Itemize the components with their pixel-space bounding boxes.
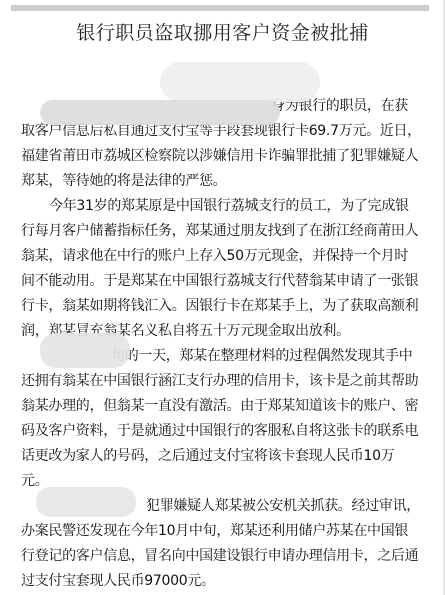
article-title: 银行职员盗取挪用客户资金被批捕 (0, 18, 445, 45)
paragraph-2-text: 今年31岁的郑某原是中国银行荔城支行的员工，为了完成银行每月客户储蓄指标任务，郑… (21, 198, 418, 339)
redaction-blur (160, 62, 320, 102)
top-divider-bar (11, 5, 429, 11)
paragraph-2: 今年31岁的郑某原是中国银行荔城支行的员工，为了完成银行每月客户储蓄指标任务，郑… (21, 194, 421, 344)
paragraph-3-text: 旬的一天，郑某在整理材料的过程偶然发现其手中还拥有翁某在中国银行涵江支行办理的信… (21, 348, 418, 489)
redaction-blur (36, 487, 136, 517)
redaction-blur (40, 333, 130, 368)
redaction-blur (40, 100, 280, 125)
